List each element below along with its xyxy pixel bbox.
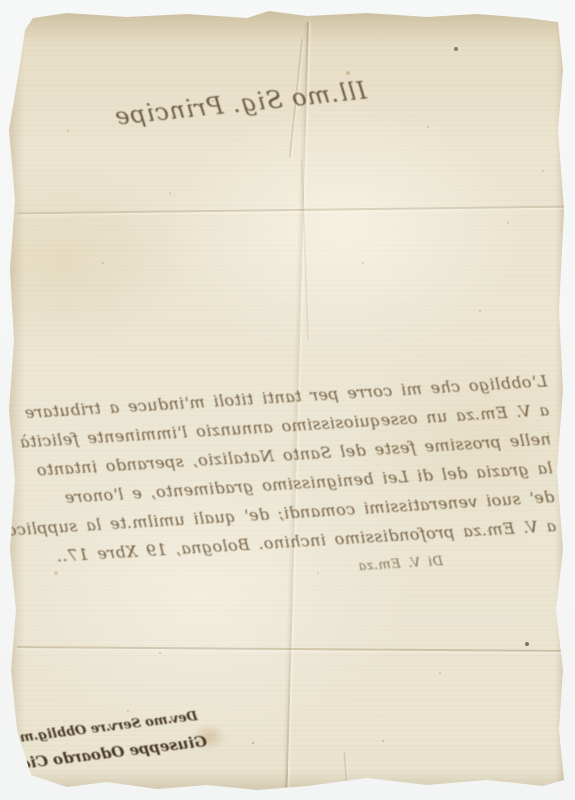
paper-wrinkle <box>343 752 348 797</box>
scanner-background: Ill.mo Sig. Principe L'obbligo che mi co… <box>0 0 575 800</box>
signature-block-bleed-through: Dev.mo Serv.re Obblig.mo Giuseppe Odoard… <box>9 704 209 777</box>
letter-body-bleed-through: L'obbligo che mi corre per tanti titoli … <box>29 366 558 600</box>
letter-paper: Ill.mo Sig. Principe L'obbligo che mi co… <box>7 10 567 793</box>
paper-edge-shading-left <box>7 10 25 793</box>
paper-edge-shading-right <box>555 10 567 793</box>
foxing-specks <box>7 10 9 12</box>
paper-edge-shading-top <box>7 10 567 46</box>
horizontal-fold-crease-upper <box>17 206 565 214</box>
address-heading-bleed-through: Ill.mo Sig. Principe <box>106 76 368 131</box>
